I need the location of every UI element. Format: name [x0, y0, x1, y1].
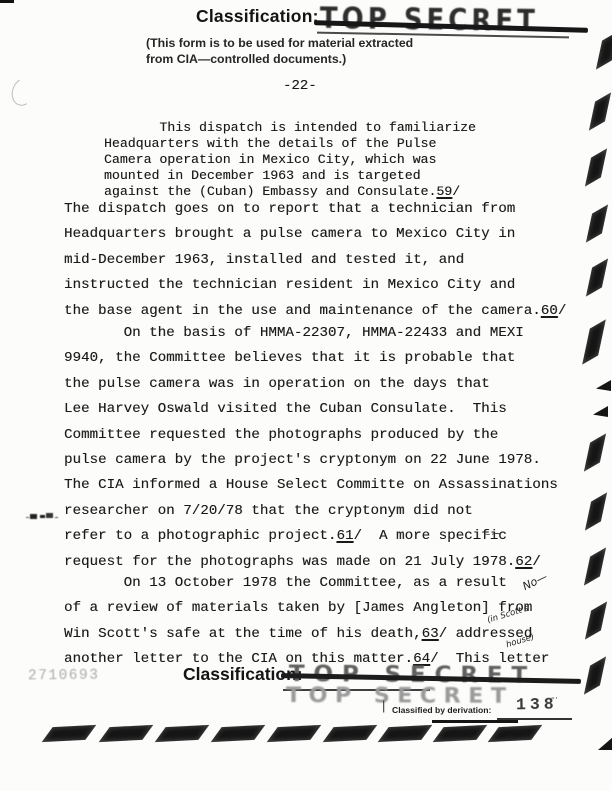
- classification-hatch-mark: [267, 725, 322, 742]
- form-note-line: (This form is to be used for material ex…: [146, 36, 413, 52]
- dispatch-blockquote: This dispatch is intended to familiarize…: [104, 120, 476, 200]
- scanned-document-page: Classification: TOP SECRET (This form is…: [0, 0, 612, 791]
- classification-hatch-mark: [596, 380, 611, 391]
- body-text-line: The CIA informed a House Select Committe…: [64, 473, 558, 498]
- derivation-underline: [497, 718, 572, 720]
- classification-hatch-mark: [155, 725, 210, 742]
- body-text-line: On the basis of HMMA-22307, HMMA-22433 a…: [64, 321, 558, 346]
- body-text-line: The dispatch goes on to report that a te…: [64, 197, 566, 222]
- classification-hatch-mark: [584, 656, 606, 694]
- paragraph: On 13 October 1978 the Committee, as a r…: [64, 571, 549, 673]
- form-usage-note: (This form is to be used for material ex…: [146, 36, 413, 67]
- body-text-line: Headquarters with the details of the Pul…: [104, 136, 476, 152]
- body-text-line: Win Scott's safe at the time of his deat…: [64, 622, 549, 647]
- classification-hatch-mark: [584, 433, 606, 471]
- classification-hatch-mark: [589, 92, 611, 130]
- pencil-squiggle-mark: ~⁓·: [483, 526, 508, 541]
- scan-corner-mark: [0, 0, 14, 3]
- classification-hatch-mark: [585, 148, 607, 186]
- classification-hatch-mark: [378, 725, 433, 742]
- page-stamp-number: 138: [516, 695, 558, 715]
- body-text-line: Lee Harvey Oswald visited the Cuban Cons…: [64, 397, 558, 422]
- handwritten-note-line: (in Scott's: [486, 605, 529, 627]
- classification-hatch-mark: [596, 31, 612, 69]
- classification-hatch-mark: [586, 204, 608, 242]
- paperclip-shadow-mark: [8, 75, 38, 108]
- body-text-line: pulse camera by the project's cryptonym …: [64, 448, 558, 473]
- classification-hatch-mark: [584, 547, 606, 585]
- classification-hatch-mark: [42, 725, 97, 742]
- margin-smudge: [30, 514, 37, 519]
- body-text-line: This dispatch is intended to familiarize: [104, 120, 476, 136]
- body-text-line: of a review of materials taken by [James…: [64, 596, 549, 621]
- classification-hatch-mark: [488, 725, 543, 742]
- handwritten-note-line: house): [495, 632, 538, 654]
- body-text-line: Headquarters brought a pulse camera to M…: [64, 222, 566, 247]
- classification-hatch-mark: [433, 725, 488, 742]
- classification-hatch-mark: [211, 725, 266, 742]
- paragraph: The dispatch goes on to report that a te…: [64, 197, 566, 324]
- page-number: -22-: [283, 78, 317, 94]
- body-text-line: Committee requested the photographs prod…: [64, 423, 558, 448]
- header-classification-label: Classification:: [196, 6, 319, 27]
- classification-hatch-mark: [582, 319, 606, 364]
- classification-hatch-mark: [323, 725, 378, 742]
- classification-hatch-mark: [586, 258, 608, 296]
- body-text-line: the pulse camera was in operation on the…: [64, 372, 558, 397]
- classification-hatch-mark: [99, 725, 154, 742]
- body-text-line: mounted in December 1963 and is targeted: [104, 168, 476, 184]
- derivation-underline: [432, 720, 518, 723]
- classification-hatch-mark: [593, 406, 608, 417]
- classification-hatch-mark: [598, 737, 612, 750]
- body-text-line: On 13 October 1978 the Committee, as a r…: [64, 571, 549, 596]
- footer-divider-mark: |: [382, 698, 385, 713]
- classification-hatch-mark: [585, 492, 607, 530]
- body-text-line: instructed the technician resident in Me…: [64, 273, 566, 298]
- classified-by-derivation-label: Classified by derivation:: [392, 705, 491, 715]
- classification-hatch-mark: [585, 601, 607, 639]
- body-text-line: Camera operation in Mexico City, which w…: [104, 152, 476, 168]
- body-text-line: researcher on 7/20/78 that the cryptonym…: [64, 499, 558, 524]
- body-text-line: 9940, the Committee believes that it is …: [64, 346, 558, 371]
- faint-document-number-stamp: 2710693: [28, 668, 100, 685]
- body-text-line: mid-December 1963, installed and tested …: [64, 248, 566, 273]
- form-note-line: from CIA—controlled documents.): [146, 52, 413, 68]
